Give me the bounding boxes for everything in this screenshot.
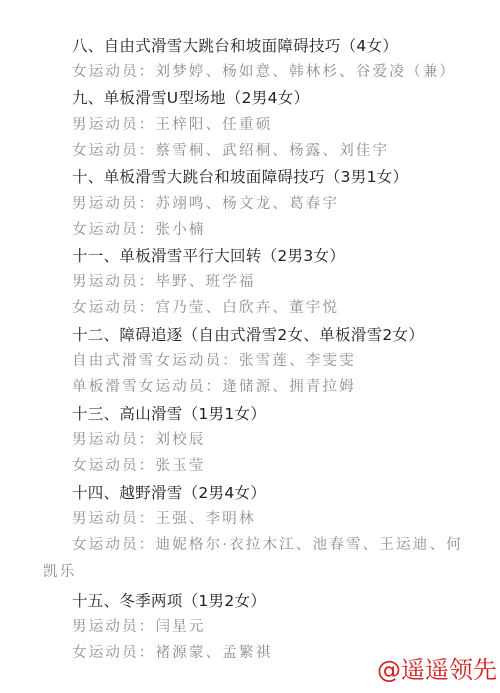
female-athletes-11: 女运动员：宫乃莹、白欣卉、董宇悦: [72, 298, 339, 318]
male-athletes-14: 男运动员：王强、李明林: [72, 509, 256, 529]
section-heading-12: 十二、障碍追逐（自由式滑雪2女、单板滑雪2女）: [72, 325, 424, 345]
snowboard-female-athletes-12: 单板滑雪女运动员：逄储源、拥青拉姆: [72, 377, 356, 397]
male-athletes-11: 男运动员：毕野、班学福: [72, 272, 256, 292]
section-heading-11: 十一、单板滑雪平行大回转（2男3女）: [72, 246, 345, 266]
female-athletes-9: 女运动员：蔡雪桐、武绍桐、杨露、刘佳宇: [72, 141, 389, 161]
male-athletes-15: 男运动员：闫星元: [72, 617, 206, 637]
female-athletes-15: 女运动员：褚源蒙、孟繁祺: [72, 643, 272, 663]
male-athletes-10: 男运动员：苏翊鸣、杨文龙、葛春宇: [72, 194, 339, 214]
section-heading-9: 九、单板滑雪U型场地（2男4女）: [72, 88, 309, 108]
female-athletes-14: 女运动员：迪妮格尔·衣拉木江、池春雪、王运迪、何: [72, 535, 463, 555]
watermark: @遥遥领先: [377, 655, 497, 685]
section-heading-14: 十四、越野滑雪（2男4女）: [72, 483, 266, 503]
female-athletes-13: 女运动员：张玉莹: [72, 456, 206, 476]
male-athletes-9: 男运动员：王梓阳、任重硕: [72, 115, 272, 135]
section-heading-15: 十五、冬季两项（1男2女）: [72, 591, 266, 611]
section-heading-8: 八、自由式滑雪大跳台和坡面障碍技巧（4女）: [72, 36, 398, 56]
section-heading-10: 十、单板滑雪大跳台和坡面障碍技巧（3男1女）: [72, 167, 408, 187]
female-athletes-8: 女运动员：刘梦婷、杨如意、韩林杉、谷爱凌（兼）: [72, 62, 456, 82]
female-athletes-10: 女运动员：张小楠: [72, 220, 206, 240]
female-athletes-14-wrap: 凯乐: [43, 562, 76, 582]
section-heading-13: 十三、高山滑雪（1男1女）: [72, 404, 266, 424]
male-athletes-13: 男运动员：刘校辰: [72, 430, 206, 450]
freestyle-female-athletes-12: 自由式滑雪女运动员：张雪莲、李雯雯: [72, 351, 356, 371]
